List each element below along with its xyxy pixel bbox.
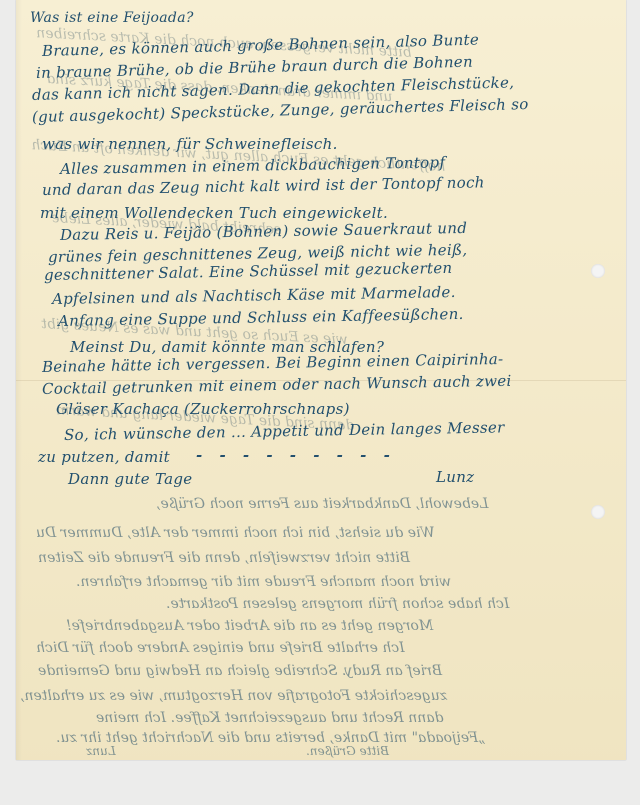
letter-line: Cocktail getrunken mit einem oder nach W…	[42, 372, 512, 398]
letter-line: Apfelsinen und als Nachtisch Käse mit Ma…	[52, 283, 456, 308]
reverse-line: Wie du siehst, bin ich noch immer der Al…	[36, 525, 435, 541]
letter-line: So, ich wünsche den ... Appetit und Dein…	[64, 418, 505, 444]
reverse-line: Morgen geht es an die Arbeit oder Ausgab…	[66, 618, 433, 634]
reverse-line: Ich habe schon früh morgens gelesen Post…	[166, 596, 509, 612]
letter-line: Gläser Kachaça (Zuckerrohrschnaps)	[56, 400, 350, 418]
reverse-line: Brief an Rudy. Schreibe gleich an Hedwig…	[38, 663, 442, 679]
reverse-signature: Lunz	[86, 744, 116, 758]
punch-hole-lower	[591, 505, 605, 519]
reverse-line: „Feijoada" mit Danke, bereits und die Na…	[56, 730, 485, 746]
dash-row: - - - - - - - - -	[196, 446, 396, 464]
closing-greeting: Dann gute Tage	[68, 470, 192, 488]
letter-line: was wir nennen, für Schweinefleisch.	[42, 135, 338, 153]
letter-paper: bitte nicht vergessen, auch noch die Kar…	[16, 0, 626, 760]
reverse-line: Bitte Grüßen.	[306, 744, 389, 758]
letter-heading: Was ist eine Feijoada?	[30, 10, 194, 26]
reverse-line: wird noch manche Freude mit dir gemacht …	[76, 574, 451, 590]
letter-line: mit einem Wollendecken Tuch eingewickelt…	[40, 204, 388, 222]
signature: Lunz	[436, 468, 474, 486]
reverse-line: dann Recht und ausgezeichnet Kaffee. Ich…	[96, 710, 444, 726]
reverse-line: Ich erhalte Briefe und einiges Andere do…	[36, 640, 405, 656]
letter-line: Anfang eine Suppe und Schluss ein Kaffee…	[58, 305, 464, 330]
reverse-line: Bitte nicht verzweifeln, denn die Freund…	[38, 550, 410, 566]
letter-line: zu putzen, damit	[38, 448, 170, 466]
reverse-line: Lebewohl, Dankbarkeit aus Ferne noch Grü…	[156, 496, 488, 512]
punch-hole-upper	[591, 264, 605, 278]
reverse-line: zugeschickte Fotografie von Herzogtum, w…	[20, 688, 447, 704]
